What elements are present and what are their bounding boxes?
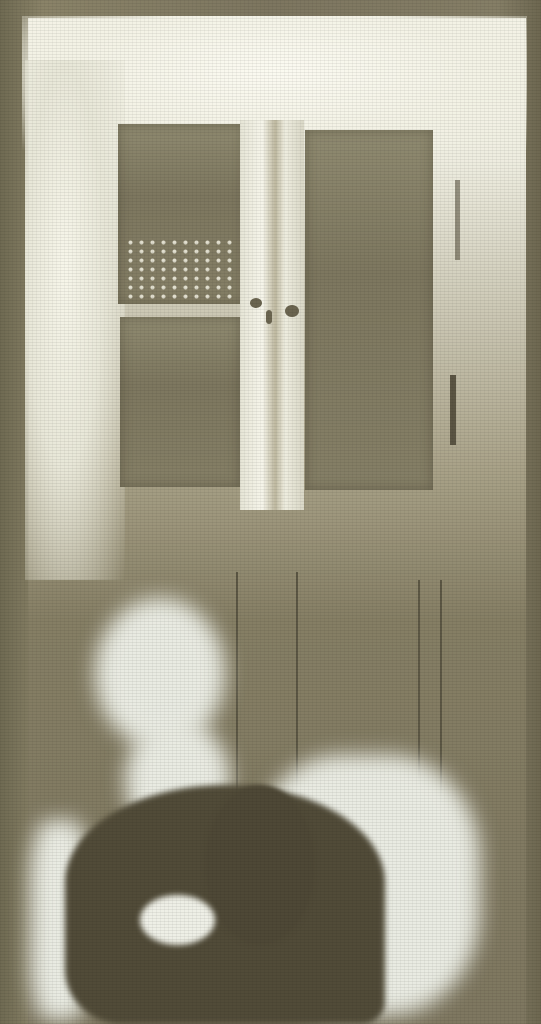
door-knob-right bbox=[285, 305, 299, 317]
glass-pane-right bbox=[305, 130, 433, 490]
glass-pane-bottom-left bbox=[120, 317, 240, 487]
light-overexposure-left bbox=[25, 60, 125, 580]
dotted-pattern bbox=[125, 238, 235, 303]
door-hinge bbox=[450, 375, 456, 445]
door-edge bbox=[455, 180, 460, 260]
blurred-hand bbox=[140, 895, 215, 945]
door-knob-left bbox=[250, 298, 262, 308]
blurred-figure-head bbox=[205, 785, 315, 945]
door-latch bbox=[266, 310, 272, 324]
photograph: Faded sepia photograph of a white-framed… bbox=[0, 0, 541, 1024]
